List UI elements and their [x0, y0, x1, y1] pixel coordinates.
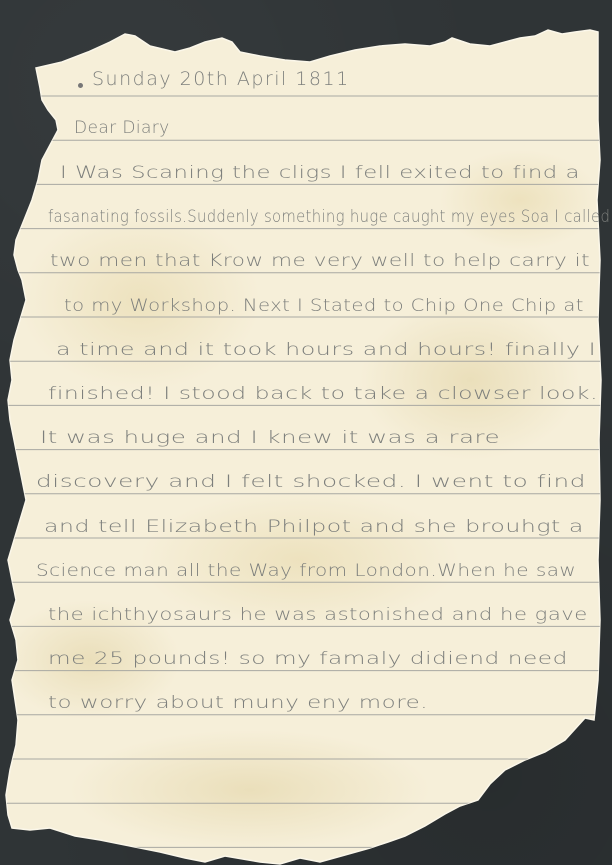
bullet-dot — [78, 83, 83, 88]
diary-line: I Was Scaning the cligs I fell exited to… — [60, 163, 580, 183]
diary-line: Science man all the Way from London.When… — [36, 561, 576, 581]
diary-line: and tell Elizabeth Philpot and she brouh… — [44, 517, 584, 537]
diary-line: finished! I stood back to take a clowser… — [48, 384, 598, 404]
greeting: Dear Diary — [74, 118, 170, 138]
diary-line: discovery and I felt shocked. I went to … — [36, 472, 586, 492]
diary-line: two men that Krow me very well to help c… — [50, 251, 590, 271]
diary-line: It was huge and I knew it was a rare — [40, 428, 500, 448]
diary-text: Sunday 20th April 1811 Dear Diary I Was … — [0, 0, 612, 865]
diary-line: me 25 pounds! so my famaly didiend need — [48, 649, 568, 669]
diary-line: fasanating fossils.Suddenly something hu… — [48, 207, 610, 227]
torn-paper-sheet: Sunday 20th April 1811 Dear Diary I Was … — [0, 0, 612, 865]
diary-line: a time and it took hours and hours! fina… — [56, 340, 596, 360]
diary-line: to my Workshop. Next I Stated to Chip On… — [64, 296, 584, 316]
diary-line: the ichthyosaurs he was astonished and h… — [48, 605, 588, 625]
entry-date: Sunday 20th April 1811 — [92, 68, 350, 90]
diary-line: to worry about muny eny more. — [48, 693, 428, 713]
